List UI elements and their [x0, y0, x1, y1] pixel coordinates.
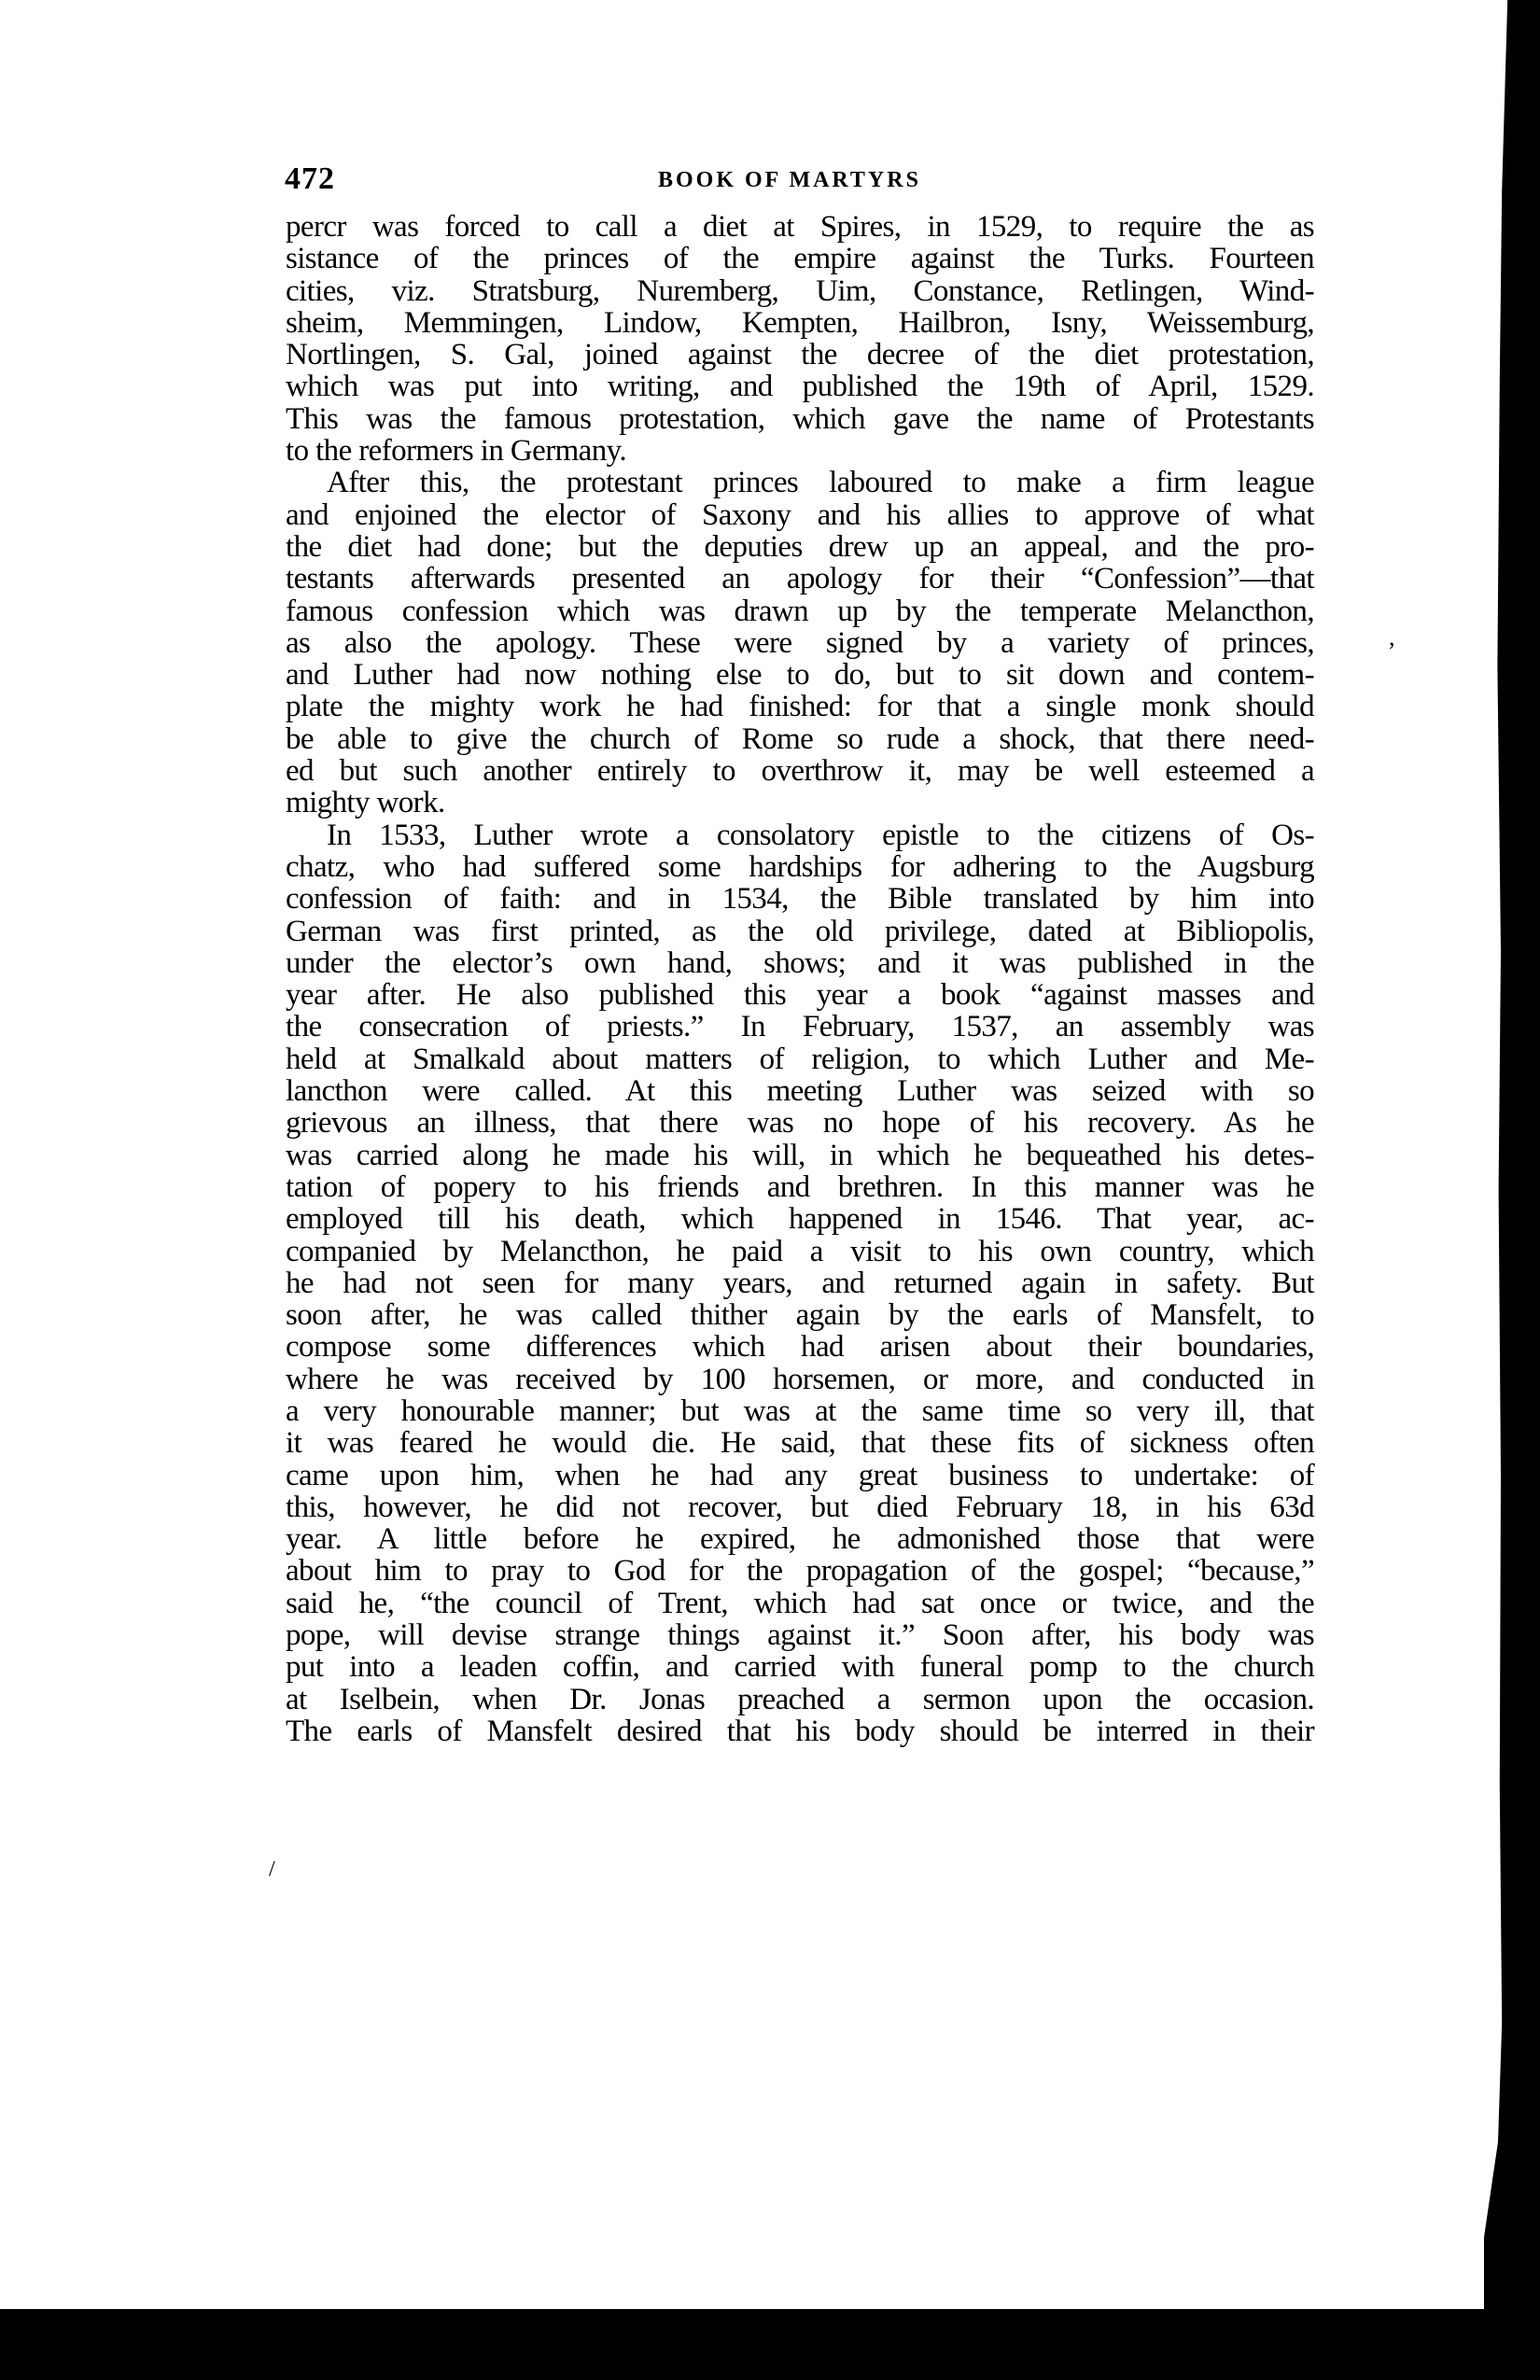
text-line: he had not seen for many years, and retu… [286, 1267, 1314, 1299]
text-line: chatz, who had suffered some hardships f… [286, 851, 1314, 883]
text-line: this, however, he did not recover, but d… [286, 1491, 1314, 1523]
text-line: which was put into writing, and publishe… [286, 371, 1314, 402]
scan-border-right [1484, 0, 1540, 2380]
margin-mark: , [1389, 623, 1395, 651]
text-line: a very honourable manner; but was at the… [286, 1395, 1314, 1427]
text-line: the consecration of priests.” In Februar… [286, 1011, 1314, 1043]
book-page: 472 BOOK OF MARTYRS percr was forced to … [0, 0, 1540, 2380]
text-line: confession of faith: and in 1534, the Bi… [286, 883, 1314, 915]
text-line: The earls of Mansfelt desired that his b… [286, 1715, 1314, 1747]
book-title: BOOK OF MARTYRS [658, 166, 921, 194]
body-text: percr was forced to call a diet at Spire… [286, 211, 1314, 1747]
text-line: After this, the protestant princes labou… [286, 467, 1314, 498]
running-head: 472 BOOK OF MARTYRS [285, 161, 1313, 198]
text-line: This was the famous protestation, which … [286, 403, 1314, 435]
text-line: German was first printed, as the old pri… [286, 916, 1314, 947]
text-line: held at Smalkald about matters of religi… [286, 1043, 1314, 1075]
text-line: and Luther had now nothing else to do, b… [286, 659, 1314, 691]
text-line: pope, will devise strange things against… [286, 1619, 1314, 1651]
text-line: Nortlingen, S. Gal, joined against the d… [286, 339, 1314, 371]
text-line: cities, viz. Stratsburg, Nuremberg, Uim,… [286, 275, 1314, 307]
page-number: 472 [285, 161, 335, 198]
text-line: tation of popery to his friends and bret… [286, 1171, 1314, 1203]
text-line: where he was received by 100 horsemen, o… [286, 1364, 1314, 1395]
text-line: as also the apology. These were signed b… [286, 627, 1314, 659]
text-line: came upon him, when he had any great bus… [286, 1460, 1314, 1491]
text-line: was carried along he made his will, in w… [286, 1140, 1314, 1171]
text-line: about him to pray to God for the propaga… [286, 1555, 1314, 1587]
text-line: In 1533, Luther wrote a consolatory epis… [286, 819, 1314, 851]
text-line: it was feared he would die. He said, tha… [286, 1427, 1314, 1459]
text-line: said he, “the council of Trent, which ha… [286, 1588, 1314, 1619]
margin-mark: / [269, 1857, 275, 1883]
text-line: plate the mighty work he had finished: f… [286, 691, 1314, 722]
text-line: companied by Melancthon, he paid a visit… [286, 1236, 1314, 1267]
text-line: grievous an illness, that there was no h… [286, 1107, 1314, 1139]
text-line: sistance of the princes of the empire ag… [286, 243, 1314, 274]
text-line: lancthon were called. At this meeting Lu… [286, 1075, 1314, 1107]
text-line: percr was forced to call a diet at Spire… [286, 211, 1314, 243]
text-line: at Iselbein, when Dr. Jonas preached a s… [286, 1684, 1314, 1715]
text-line: testants afterwards presented an apology… [286, 563, 1314, 595]
text-line: sheim, Memmingen, Lindow, Kempten, Hailb… [286, 307, 1314, 339]
text-line: and enjoined the elector of Saxony and h… [286, 499, 1314, 531]
text-line: be able to give the church of Rome so ru… [286, 723, 1314, 755]
text-line: year. A little before he expired, he adm… [286, 1523, 1314, 1555]
text-line: soon after, he was called thither again … [286, 1299, 1314, 1331]
text-line: famous confession which was drawn up by … [286, 595, 1314, 627]
text-line: year after. He also published this year … [286, 979, 1314, 1011]
text-line: employed till his death, which happened … [286, 1203, 1314, 1235]
text-line: compose some differences which had arise… [286, 1331, 1314, 1363]
text-line: put into a leaden coffin, and carried wi… [286, 1651, 1314, 1683]
text-line: under the elector’s own hand, shows; and… [286, 947, 1314, 979]
text-line: the diet had done; but the deputies drew… [286, 531, 1314, 563]
scan-border-bottom [0, 2309, 1540, 2380]
text-line: mighty work. [286, 787, 1314, 819]
text-line: to the reformers in Germany. [286, 435, 1314, 467]
text-line: ed but such another entirely to overthro… [286, 755, 1314, 787]
